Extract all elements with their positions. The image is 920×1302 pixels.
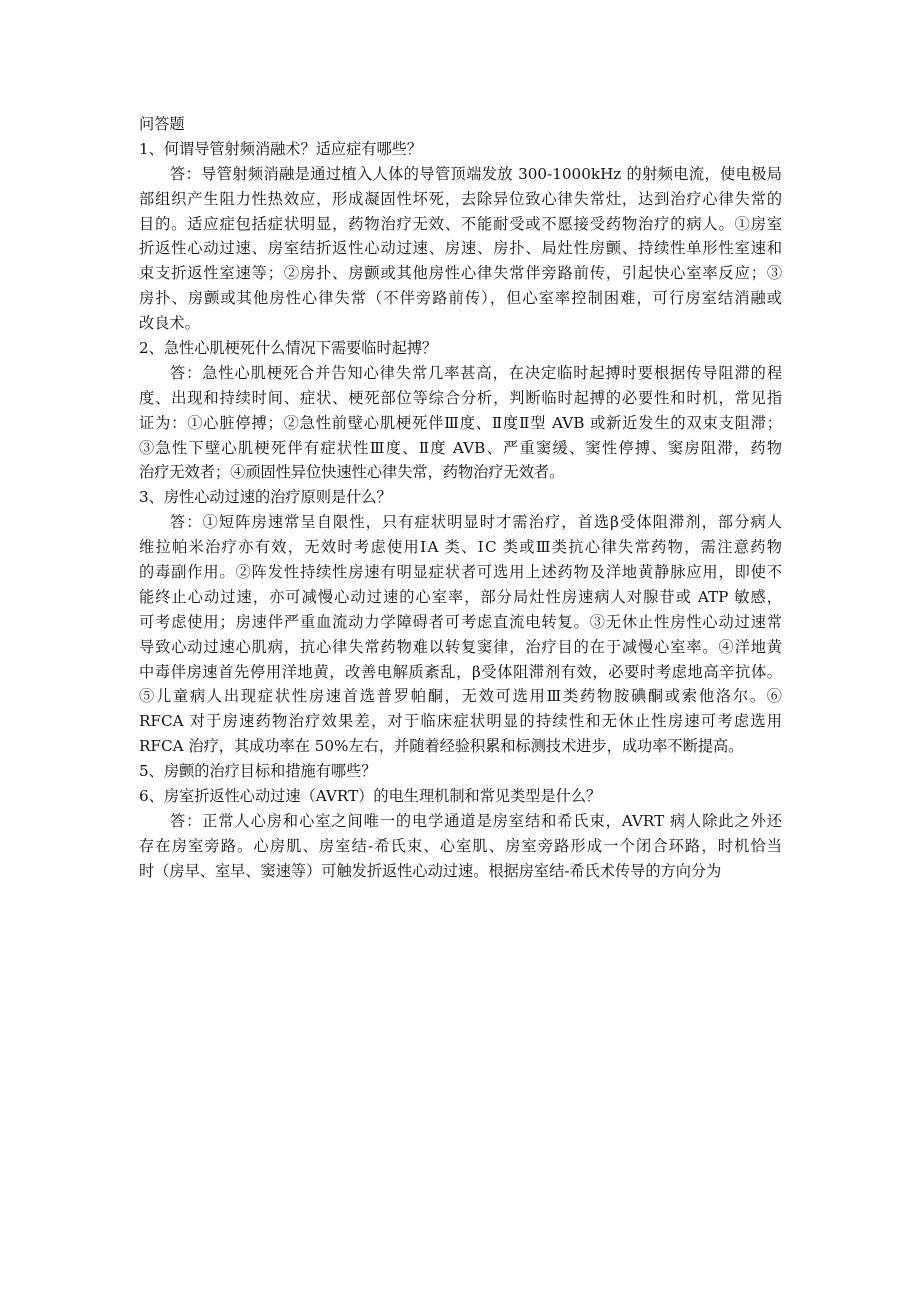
answer-line: 中毒伴房速首先停用洋地黄，改善电解质紊乱，β受体阻滞剂有效，必要时考虑地高辛抗体… xyxy=(139,660,782,685)
answer-line: 导致心动过速心肌病，抗心律失常药物难以转复窦律，治疗目的在于减慢心室率。④洋地黄 xyxy=(139,635,782,660)
answer-line: 答：急性心肌梗死合并告知心律失常几率甚高，在决定临时起搏时要根据传导阻滞的程 xyxy=(139,361,782,386)
question-6: 6、房室折返性心动过速（AVRT）的电生理机制和常见类型是什么？ xyxy=(139,784,782,809)
qa-section-2: 2、急性心肌梗死什么情况下需要临时起搏？ 答：急性心肌梗死合并告知心律失常几率甚… xyxy=(139,336,782,485)
document-page: 问答题 1、何谓导管射频消融术？适应症有哪些？ 答：导管射频消融是通过植入人体的… xyxy=(139,112,782,884)
answer-line: 的毒副作用。②阵发性持续性房速有明显症状者可选用上述药物及洋地黄静脉应用，即使不 xyxy=(139,560,782,585)
answer-line: 存在房室旁路。心房肌、房室结-希氏束、心室肌、房室旁路形成一个闭合环路，时机恰当 xyxy=(139,834,782,859)
question-5: 5、房颤的治疗目标和措施有哪些？ xyxy=(139,759,782,784)
answer-line: 答：导管射频消融是通过植入人体的导管顶端发放 300-1000kHz 的射频电流… xyxy=(139,162,782,187)
answer-line: 部组织产生阻力性热效应，形成凝固性坏死，去除异位致心律失常灶，达到治疗心律失常的 xyxy=(139,187,782,212)
answer-line: 束支折返性室速等；②房扑、房颤或其他房性心律失常伴旁路前传，引起快心室率反应；③ xyxy=(139,261,782,286)
answer-line: 能终止心动过速，亦可减慢心动过速的心室率，部分局灶性房速病人对腺苷或 ATP 敏… xyxy=(139,585,782,610)
answer-line: 治疗无效者；④顽固性异位快速性心律失常，药物治疗无效者。 xyxy=(139,460,782,485)
answer-line: 证为：①心脏停搏；②急性前壁心肌梗死伴Ⅲ度、Ⅱ度Ⅱ型 AVB 或新近发生的双束支… xyxy=(139,411,782,436)
answer-line: ⑤儿童病人出现症状性房速首选普罗帕酮，无效可选用Ⅲ类药物胺碘酮或索他洛尔。⑥ xyxy=(139,684,782,709)
qa-section-1: 1、何谓导管射频消融术？适应症有哪些？ 答：导管射频消融是通过植入人体的导管顶端… xyxy=(139,137,782,336)
answer-line: 折返性心动过速、房室结折返性心动过速、房速、房扑、局灶性房颤、持续性单形性室速和 xyxy=(139,236,782,261)
answer-line: ③急性下壁心肌梗死伴有症状性Ⅲ度、Ⅱ度 AVB、严重窦缓、窦性停搏、窦房阻滞，药… xyxy=(139,436,782,461)
answer-line: 维拉帕米治疗亦有效，无效时考虑使用ⅠA 类、ⅠC 类或Ⅲ类抗心律失常药物，需注意… xyxy=(139,535,782,560)
qa-section-5: 5、房颤的治疗目标和措施有哪些？ xyxy=(139,759,782,784)
answer-line: 改良术。 xyxy=(139,311,782,336)
document-title: 问答题 xyxy=(139,112,782,137)
answer-line: RFCA 对于房速药物治疗效果差，对于临床症状明显的持续性和无休止性房速可考虑选… xyxy=(139,709,782,734)
answer-line: RFCA 治疗，其成功率在 50%左右，并随着经验积累和标测技术进步，成功率不断… xyxy=(139,734,782,759)
question-2: 2、急性心肌梗死什么情况下需要临时起搏？ xyxy=(139,336,782,361)
qa-section-3: 3、房性心动过速的治疗原则是什么？ 答：①短阵房速常呈自限性，只有症状明显时才需… xyxy=(139,485,782,759)
question-1: 1、何谓导管射频消融术？适应症有哪些？ xyxy=(139,137,782,162)
qa-section-6: 6、房室折返性心动过速（AVRT）的电生理机制和常见类型是什么？ 答：正常人心房… xyxy=(139,784,782,884)
answer-line: 可考虑使用；房速伴严重血流动力学障碍者可考虑直流电转复。③无休止性房性心动过速常 xyxy=(139,610,782,635)
question-3: 3、房性心动过速的治疗原则是什么？ xyxy=(139,485,782,510)
answer-line: 答：①短阵房速常呈自限性，只有症状明显时才需治疗，首选β受体阻滞剂，部分病人 xyxy=(139,510,782,535)
answer-line: 房扑、房颤或其他房性心律失常（不伴旁路前传），但心室率控制困难，可行房室结消融或 xyxy=(139,286,782,311)
answer-line: 度、出现和持续时间、症状、梗死部位等综合分析，判断临时起搏的必要性和时机，常见指 xyxy=(139,386,782,411)
answer-line: 目的。适应症包括症状明显，药物治疗无效、不能耐受或不愿接受药物治疗的病人。①房室 xyxy=(139,212,782,237)
answer-line: 时（房早、室早、窦速等）可触发折返性心动过速。根据房室结-希氏术传导的方向分为 xyxy=(139,859,782,884)
answer-line: 答：正常人心房和心室之间唯一的电学通道是房室结和希氏束，AVRT 病人除此之外还 xyxy=(139,809,782,834)
